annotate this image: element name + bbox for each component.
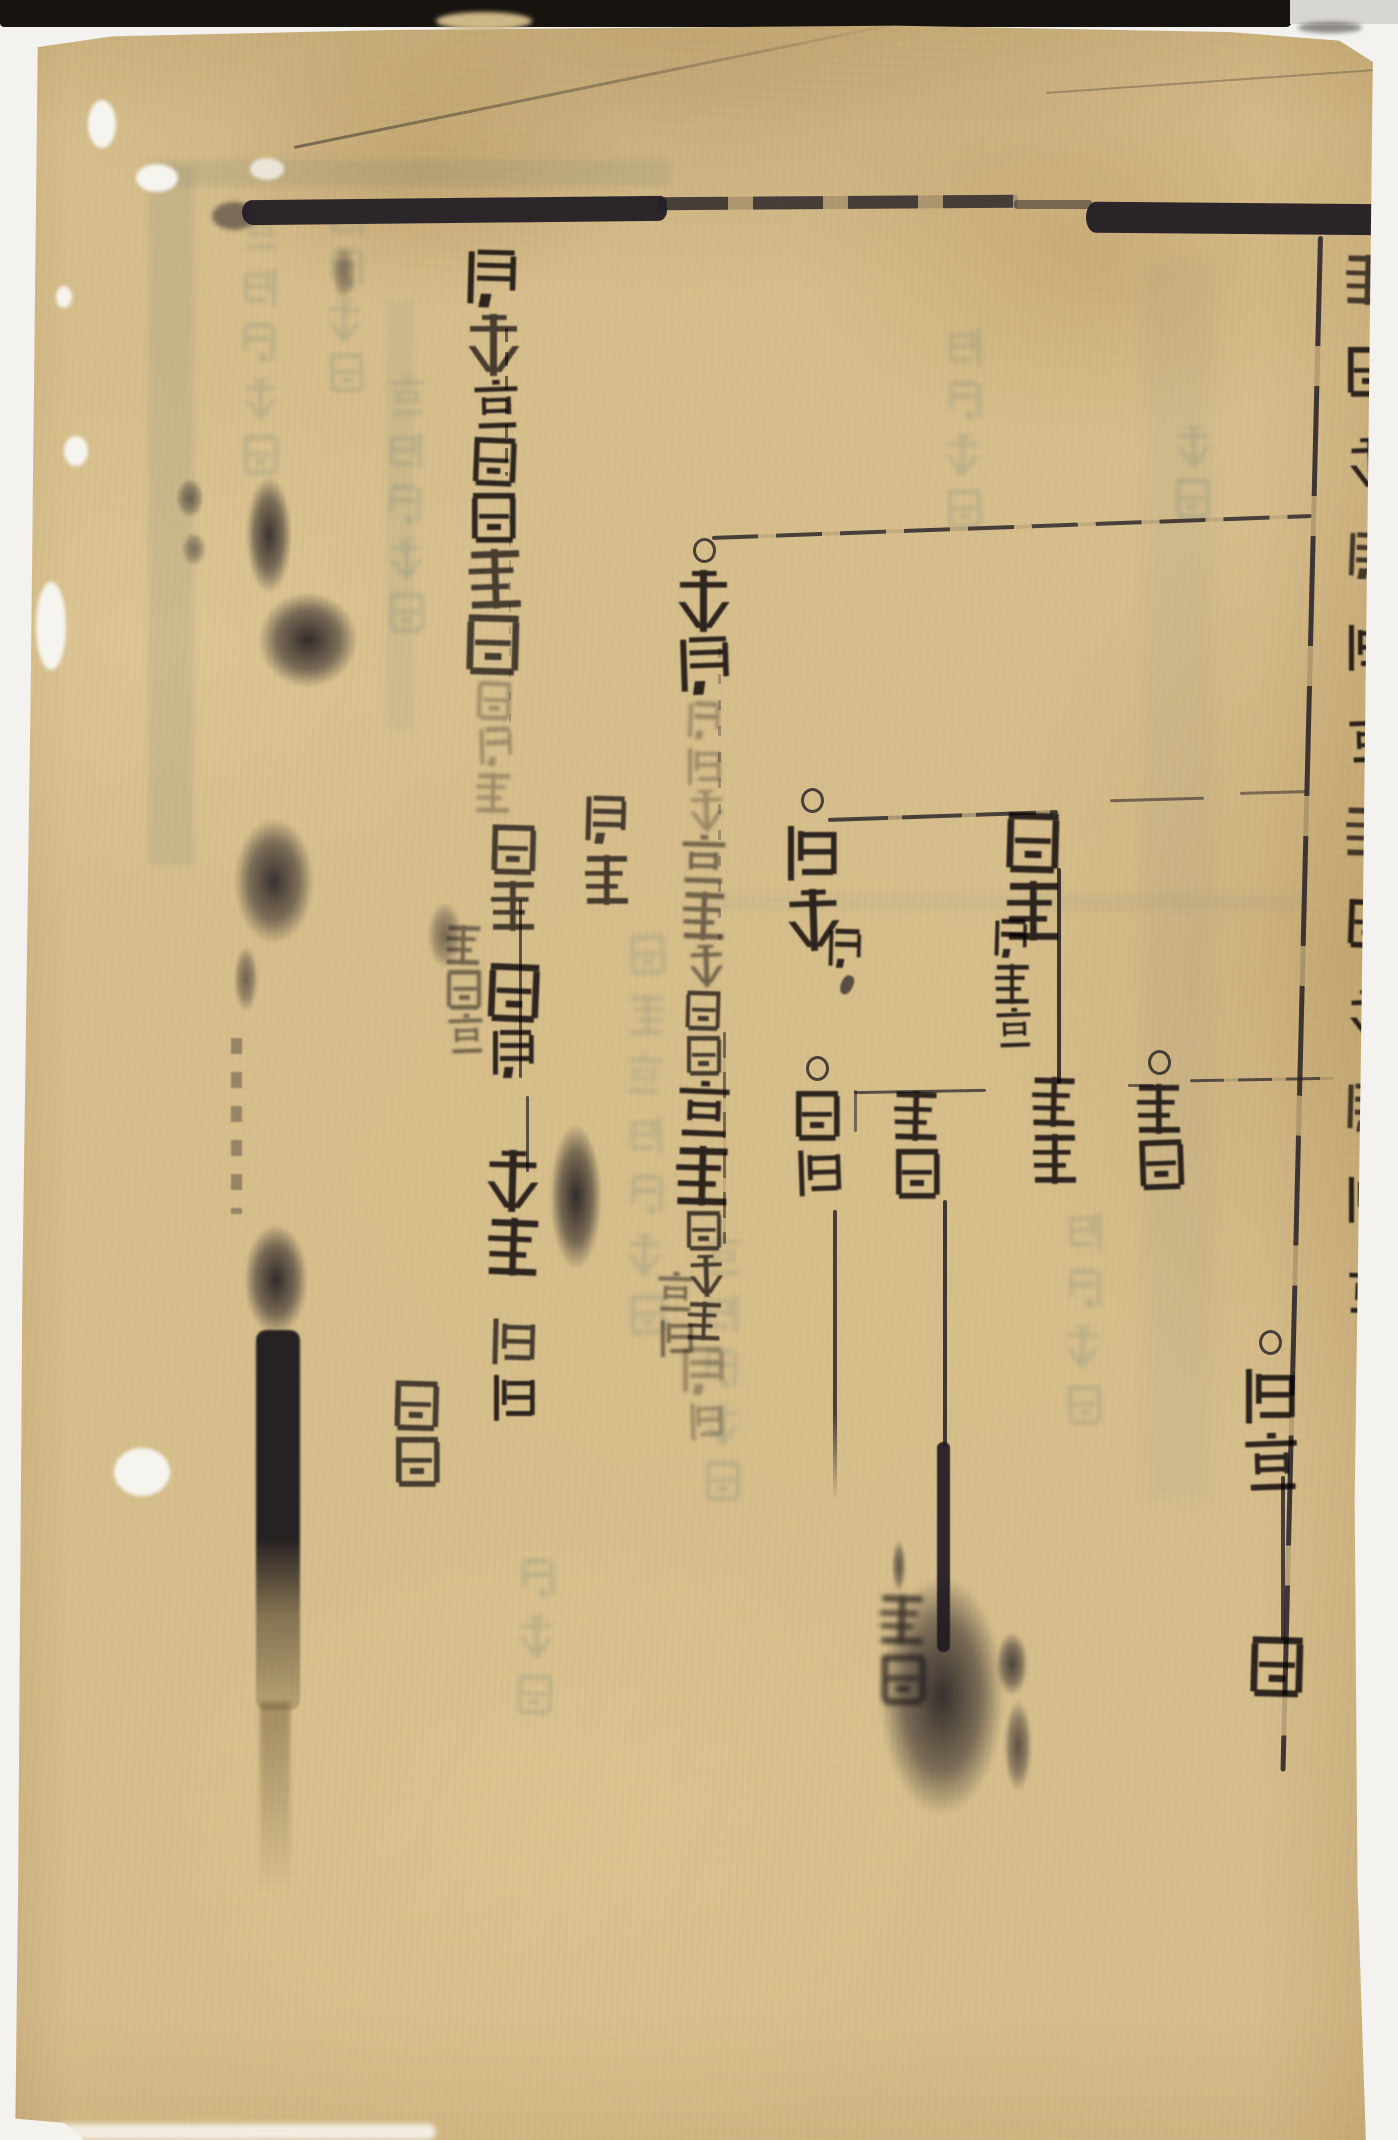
clipped-edge-glyph: [1344, 1081, 1392, 1134]
han-glyph: [686, 1210, 723, 1252]
han-glyph: [687, 789, 725, 832]
bleed-through-glyph: [625, 1233, 663, 1276]
han-glyph: [1004, 811, 1062, 875]
lineage-column-ren: [1250, 1636, 1306, 1698]
han-glyph: [467, 547, 525, 611]
bleed-through-glyph: [242, 434, 279, 476]
bleed-through-glyph: [943, 433, 981, 476]
descendant-circle-icon: [806, 1056, 829, 1081]
bleed-through-glyph: [325, 299, 363, 342]
paper-chip: [250, 158, 284, 180]
clipped-edge-glyph: [1347, 713, 1396, 767]
scanned-genealogy-page: [0, 0, 1398, 2140]
han-glyph: [489, 1315, 537, 1368]
bleed-through-text-column: [242, 210, 279, 476]
ink-dash: [892, 1540, 906, 1592]
bleed-through-text-column: [388, 376, 425, 634]
bleed-through-glyph: [239, 321, 277, 364]
descendant-circle-icon: [1259, 1330, 1282, 1355]
ink-smear: [234, 818, 314, 944]
bleed-through-frame-horizontal: [150, 160, 670, 186]
han-glyph: [994, 963, 1031, 1005]
ink-blot-over-name: [880, 1576, 1004, 1816]
han-glyph: [676, 1080, 733, 1142]
descendant-circle-icon: [801, 788, 824, 813]
clipped-edge-glyph: [1346, 622, 1393, 674]
han-glyph: [995, 1007, 1033, 1050]
ink-speckle: [332, 246, 356, 300]
spouse-column-wangshi: [994, 918, 1031, 1050]
top-ink-bar-segment: [1086, 202, 1392, 236]
bleed-through-glyph: [946, 325, 984, 368]
bleed-through-glyph: [242, 378, 280, 420]
clipped-edge-glyph: [1346, 898, 1394, 950]
han-glyph: [794, 1090, 841, 1142]
han-glyph: [491, 880, 538, 932]
lineage-column-lishao: [1032, 1076, 1079, 1185]
top-ink-bar-segment: [658, 195, 1018, 211]
bleed-through-glyph: [946, 488, 984, 530]
bleed-through-glyph: [628, 994, 665, 1036]
ink-streak-fading-tail: [260, 1702, 290, 1892]
han-glyph: [992, 917, 1030, 960]
spouse-column-shishi: [658, 1272, 695, 1359]
top-ink-bar-segment: [1014, 200, 1092, 209]
diagonal-crease-line: [1046, 68, 1385, 94]
bleed-through-glyph: [242, 266, 279, 308]
han-glyph: [486, 962, 543, 1024]
han-glyph: [1248, 1635, 1306, 1699]
descendant-circle-icon: [693, 538, 716, 563]
han-glyph: [446, 969, 483, 1011]
bleed-through-text-column: [1174, 426, 1211, 520]
han-glyph: [474, 771, 512, 814]
lineage-column-junxuan: [784, 786, 840, 951]
clipped-edge-glyph: [1346, 1174, 1393, 1226]
han-glyph: [677, 634, 735, 698]
han-glyph: [658, 1317, 695, 1359]
ink-dash-trail: [231, 1038, 242, 1214]
han-glyph: [1032, 1133, 1079, 1185]
ink-smear: [550, 1124, 602, 1270]
bleed-through-glyph: [388, 538, 426, 580]
bleed-through-glyph: [328, 352, 366, 394]
lineage-column-zhiqian-maolin: [486, 824, 542, 1424]
han-glyph: [674, 1144, 732, 1208]
clipped-edge-title-column: [1346, 254, 1393, 1318]
han-glyph: [1136, 1083, 1183, 1135]
bleed-through-glyph: [1066, 1384, 1104, 1426]
bleed-through-text-column: [946, 326, 983, 530]
han-glyph: [582, 793, 630, 846]
han-glyph: [1243, 1432, 1301, 1496]
ink-smear: [234, 946, 258, 1012]
han-glyph: [656, 1271, 694, 1314]
han-glyph: [447, 1013, 485, 1056]
bleed-through-glyph: [1063, 1325, 1101, 1368]
han-glyph: [892, 1089, 940, 1142]
lineage-column-riqian: [584, 794, 631, 906]
ink-smear: [246, 476, 292, 594]
han-glyph: [584, 854, 631, 906]
han-glyph: [471, 492, 518, 544]
descent-line-suojin: [833, 1210, 837, 1500]
han-glyph: [486, 1216, 543, 1278]
bleed-through-glyph: [388, 430, 425, 472]
han-glyph: [685, 700, 723, 742]
han-glyph: [686, 1035, 723, 1077]
bleed-through-glyph: [628, 1174, 665, 1216]
clipped-edge-glyph: [1344, 805, 1392, 858]
bleed-through-glyph: [625, 1053, 663, 1096]
connector-elbow-vertical: [854, 1090, 857, 1132]
han-glyph: [472, 379, 521, 433]
han-glyph: [1030, 1075, 1078, 1128]
lineage-column-yangbo: [1242, 1328, 1298, 1495]
bleed-through-glyph: [518, 1557, 556, 1600]
han-glyph: [1137, 1138, 1186, 1192]
ink-blot-satellite: [1004, 1700, 1032, 1792]
paper-chip: [64, 436, 88, 466]
bleed-through-glyph: [518, 1616, 555, 1658]
han-glyph: [484, 1149, 542, 1213]
han-glyph: [477, 725, 515, 768]
clipped-edge-glyph: [1346, 1266, 1394, 1318]
diagonal-scratch-line: [294, 16, 929, 149]
generation-rule-youzhi: [712, 514, 1312, 540]
paper-chip: [88, 100, 116, 148]
scanner-bed-strip: [0, 0, 1292, 27]
han-glyph: [491, 1372, 538, 1424]
lineage-column-suojin: [794, 1054, 841, 1199]
bleed-through-text-column: [518, 1558, 555, 1716]
clipped-edge-glyph: [1347, 437, 1396, 491]
clipped-edge-glyph: [1347, 989, 1396, 1043]
han-glyph: [679, 834, 727, 887]
bleed-through-glyph: [946, 380, 983, 422]
paper-chip: [114, 1448, 170, 1496]
han-glyph: [392, 1379, 440, 1432]
han-glyph: [680, 890, 728, 942]
right-frame-line: [1280, 236, 1323, 1772]
lineage-column-dahui: [1136, 1048, 1183, 1191]
ink-wisp: [1298, 22, 1362, 33]
bleed-through-glyph: [1066, 1268, 1103, 1310]
bleed-through-glyph: [628, 933, 666, 976]
han-glyph: [687, 944, 725, 987]
rule-fragment: [1240, 790, 1306, 795]
han-glyph: [491, 1028, 538, 1080]
han-glyph: [464, 613, 522, 677]
descent-line-suoshou: [943, 1200, 947, 1448]
han-glyph: [466, 314, 522, 376]
clipped-edge-glyph: [1344, 253, 1392, 306]
paper-chip: [36, 582, 66, 670]
bleed-through-glyph: [1174, 425, 1212, 468]
clipped-edge-glyph: [1346, 346, 1393, 398]
top-ink-bar-segment: [242, 196, 667, 225]
han-glyph: [795, 1146, 844, 1200]
han-glyph: [686, 745, 723, 787]
paper-chip: [136, 164, 178, 192]
ink-speckle: [212, 202, 256, 230]
han-glyph: [676, 570, 732, 632]
ink-smear: [244, 1224, 308, 1336]
lineage-column-chaoyue: [466, 248, 522, 814]
annotation-column-jue: [828, 928, 865, 995]
bleed-through-glyph: [388, 592, 425, 634]
bleed-through-glyph: [1174, 478, 1211, 520]
bleed-through-glyph: [1066, 1209, 1104, 1252]
descendant-circle-icon: [1148, 1050, 1171, 1075]
scanner-strip-right-gap: [1290, 0, 1398, 24]
ink-streak-vertical: [256, 1330, 300, 1710]
bleed-through-glyph: [704, 1460, 741, 1502]
bleed-through-glyph: [388, 375, 426, 418]
han-glyph: [684, 989, 722, 1032]
lineage-column-suoshou: [894, 1090, 941, 1200]
han-glyph: [489, 823, 537, 876]
han-glyph: [464, 247, 522, 311]
han-glyph: [784, 822, 840, 884]
ink-smear: [428, 902, 462, 968]
han-glyph: [894, 1148, 941, 1200]
scanner-strip-notch: [436, 12, 532, 30]
side-column-yanan: [394, 1380, 441, 1488]
clipped-edge-glyph: [1346, 530, 1394, 582]
han-glyph: [394, 1436, 441, 1488]
ink-blot-satellite: [996, 1632, 1028, 1696]
ink-smear: [258, 592, 358, 688]
paper-bottom-edge: [56, 2124, 436, 2140]
bleed-through-glyph: [515, 1673, 553, 1716]
han-glyph: [475, 680, 513, 722]
aged-paper-sheet: [0, 0, 1398, 2140]
bleed-through-glyph: [628, 1114, 666, 1156]
han-glyph: [826, 927, 864, 970]
descent-line-yangbo: [1281, 1476, 1285, 1640]
ink-dash: [176, 478, 204, 518]
han-glyph: [1242, 1365, 1298, 1427]
han-glyph: [470, 436, 518, 488]
ink-dash: [182, 532, 206, 566]
paper-chip: [56, 286, 72, 308]
han-glyph: [687, 1399, 725, 1442]
bleed-through-text-column: [1066, 1210, 1103, 1426]
bleed-through-glyph: [385, 483, 423, 526]
ink-dot-mark: [837, 974, 855, 997]
